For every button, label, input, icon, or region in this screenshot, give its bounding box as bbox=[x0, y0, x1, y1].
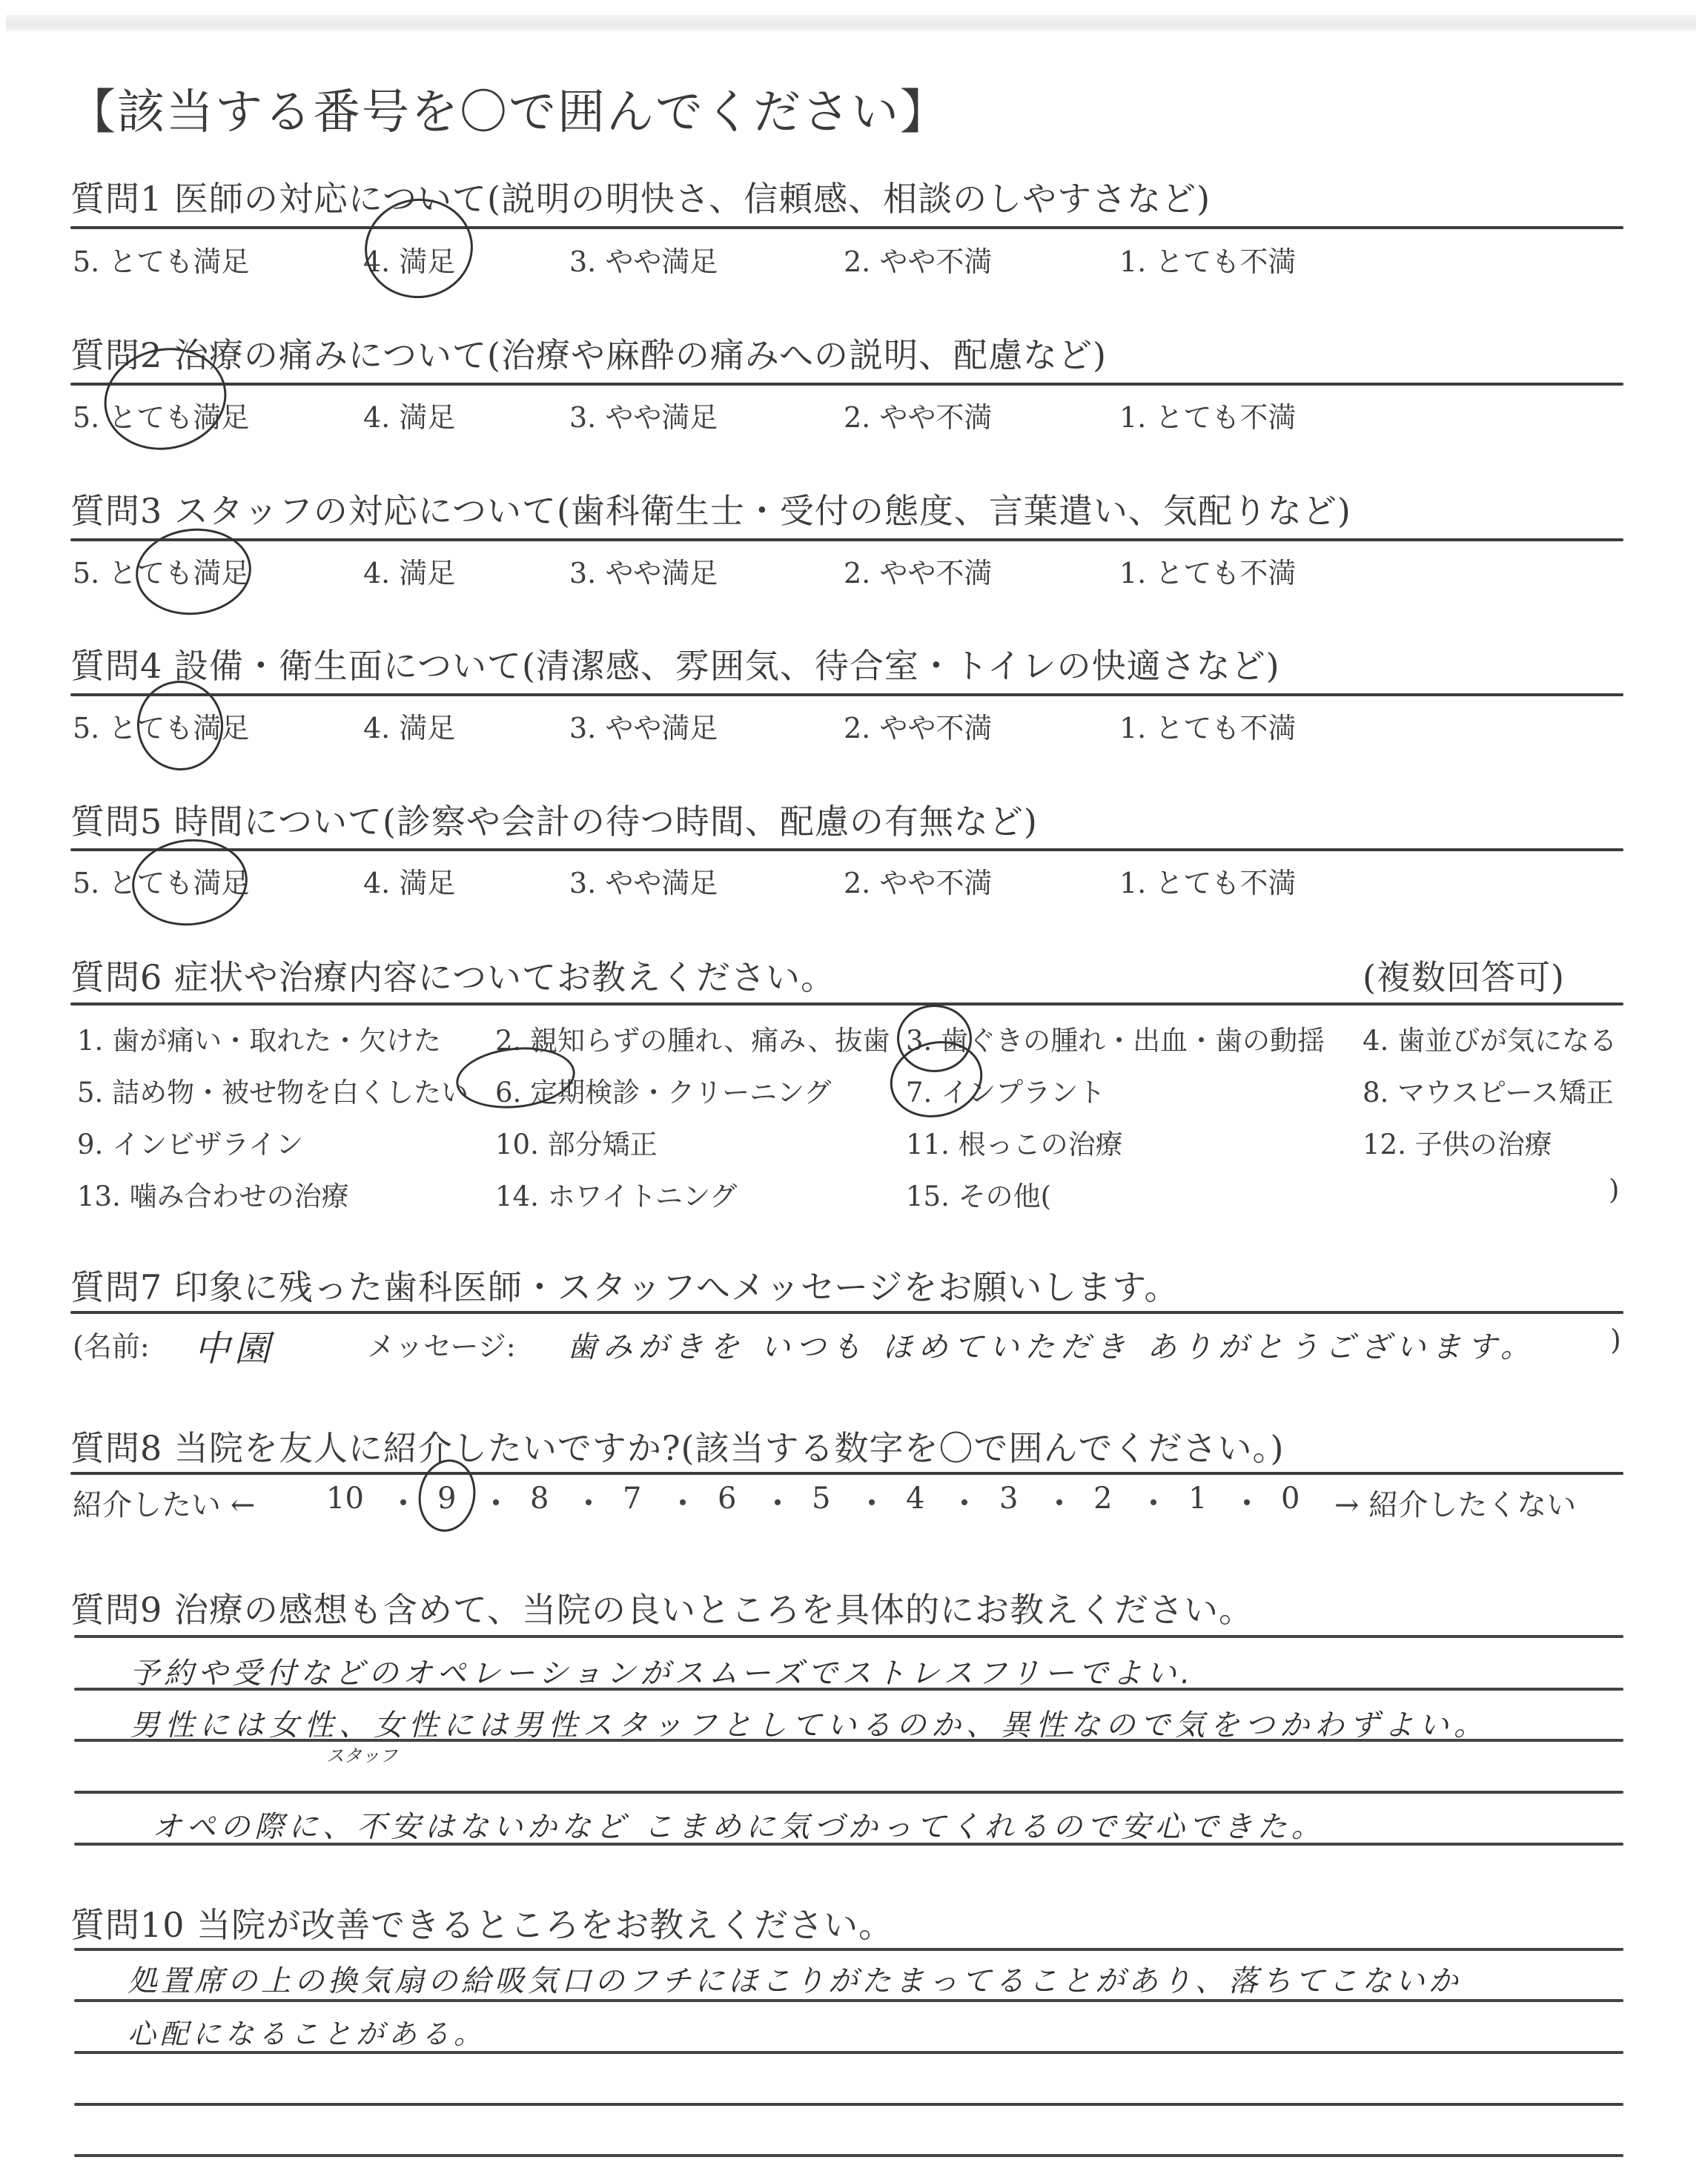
scale-7[interactable]: 7 bbox=[623, 1482, 641, 1516]
question-3-label: 質問3 スタッフの対応について(歯科衛生士・受付の態度、言葉遣い、気配りなど) bbox=[70, 484, 1351, 533]
separator-dot bbox=[400, 1499, 406, 1505]
option-item[interactable]: 8. マウスピース矯正 bbox=[1363, 1070, 1614, 1110]
option-2[interactable]: 2. やや不満 bbox=[844, 239, 992, 280]
separator-dot bbox=[1056, 1499, 1062, 1505]
separator-dot bbox=[586, 1499, 592, 1505]
scale-1[interactable]: 1 bbox=[1188, 1482, 1207, 1516]
option-3[interactable]: 3. やや満足 bbox=[569, 705, 718, 746]
answer-line bbox=[74, 1791, 1623, 1794]
option-item[interactable]: 7. インプラント bbox=[906, 1070, 1105, 1110]
option-1[interactable]: 1. とても不満 bbox=[1119, 860, 1296, 901]
separator-dot bbox=[1151, 1499, 1156, 1505]
divider bbox=[70, 848, 1623, 851]
option-item[interactable]: 2. 親知らずの腫れ、痛み、抜歯 bbox=[495, 1018, 890, 1058]
option-4[interactable]: 4. 満足 bbox=[363, 860, 455, 901]
option-4[interactable]: 4. 満足 bbox=[363, 550, 455, 591]
option-3[interactable]: 3. やや満足 bbox=[569, 550, 718, 591]
option-2[interactable]: 2. やや不満 bbox=[844, 394, 992, 435]
question-7-label: 質問7 印象に残った歯科医師・スタッフへメッセージをお願いします。 bbox=[70, 1261, 1179, 1309]
question-1-label: 質問1 医師の対応について(説明の明快さ、信頼感、相談のしやすさなど) bbox=[70, 172, 1211, 221]
option-2[interactable]: 2. やや不満 bbox=[844, 705, 992, 746]
option-1[interactable]: 1. とても不満 bbox=[1119, 239, 1296, 280]
close-paren: ) bbox=[1610, 1324, 1621, 1356]
option-4[interactable]: 4. 満足 bbox=[363, 394, 455, 435]
option-5[interactable]: 5. とても満足 bbox=[73, 705, 249, 746]
page-title: 【該当する番号を〇で囲んでください】 bbox=[68, 74, 949, 142]
scale-4[interactable]: 4 bbox=[906, 1482, 924, 1516]
option-1[interactable]: 1. とても不満 bbox=[1119, 394, 1296, 435]
scale-2[interactable]: 2 bbox=[1093, 1482, 1112, 1516]
divider bbox=[70, 538, 1623, 541]
answer-text-line-3[interactable]: オペの際に、不安はないかなど こまめに気づかってくれるので安心できた。 bbox=[152, 1803, 1325, 1846]
separator-dot bbox=[775, 1499, 781, 1505]
divider bbox=[70, 1003, 1623, 1005]
option-item[interactable]: 11. 根っこの治療 bbox=[906, 1122, 1123, 1162]
answer-line bbox=[74, 2051, 1623, 2054]
divider bbox=[70, 693, 1623, 696]
answer-line bbox=[74, 1688, 1623, 1691]
option-item[interactable]: 15. その他( bbox=[906, 1174, 1051, 1214]
option-2[interactable]: 2. やや不満 bbox=[844, 550, 992, 591]
option-3[interactable]: 3. やや満足 bbox=[569, 860, 718, 901]
option-4[interactable]: 4. 満足 bbox=[363, 239, 455, 280]
option-3[interactable]: 3. やや満足 bbox=[569, 394, 718, 435]
answer-text-line-2[interactable]: 男性には女性、女性には男性スタッフとしているのか、異性なので気をつかわずよい。 bbox=[130, 1702, 1489, 1744]
option-3[interactable]: 3. やや満足 bbox=[569, 239, 718, 280]
separator-dot bbox=[961, 1499, 967, 1505]
scale-8[interactable]: 8 bbox=[530, 1482, 549, 1516]
scale-3[interactable]: 3 bbox=[999, 1482, 1018, 1516]
option-item[interactable]: 9. インビザライン bbox=[77, 1122, 303, 1162]
option-item[interactable]: 13. 噛み合わせの治療 bbox=[77, 1174, 349, 1214]
scale-10[interactable]: 10 bbox=[326, 1482, 364, 1516]
question-4-label: 質問4 設備・衛生面について(清潔感、雰囲気、待合室・トイレの快適さなど) bbox=[70, 639, 1280, 688]
question-10-label: 質問10 当院が改善できるところをお教えください。 bbox=[70, 1898, 893, 1947]
answer-text-line-1[interactable]: 処置席の上の換気扇の給吸気口のフチにほこりがたまってることがあり、落ちてこないか bbox=[128, 1958, 1462, 2000]
not-recommend-label: → 紹介したくない bbox=[1334, 1482, 1576, 1524]
divider bbox=[70, 226, 1623, 229]
question-2-label: 質問2 治療の痛みについて(治療や麻酔の痛みへの説明、配慮など) bbox=[70, 328, 1107, 377]
answer-line bbox=[74, 2103, 1623, 2106]
answer-line bbox=[74, 2154, 1623, 2157]
option-5[interactable]: 5. とても満足 bbox=[73, 394, 249, 435]
option-item[interactable]: 14. ホワイトニング bbox=[495, 1174, 737, 1214]
scale-0[interactable]: 0 bbox=[1281, 1482, 1300, 1516]
multiple-answers-note: (複数回答可) bbox=[1363, 951, 1565, 1000]
option-item[interactable]: 4. 歯並びが気になる bbox=[1363, 1018, 1617, 1058]
separator-dot bbox=[680, 1499, 686, 1505]
message-field[interactable]: 歯みがきを いつも ほめていただき ありがとうございます。 bbox=[567, 1324, 1536, 1366]
question-9-label: 質問9 治療の感想も含めて、当院の良いところを具体的にお教えください。 bbox=[70, 1583, 1254, 1632]
option-item[interactable]: 10. 部分矯正 bbox=[495, 1122, 658, 1162]
option-5[interactable]: 5. とても満足 bbox=[73, 860, 249, 901]
answer-line bbox=[74, 1948, 1623, 1951]
annotation: スタッフ bbox=[326, 1741, 397, 1767]
option-item[interactable]: 3. 歯ぐきの腫れ・出血・歯の動揺 bbox=[906, 1018, 1325, 1058]
name-field[interactable]: 中園 bbox=[194, 1320, 274, 1371]
name-label: (名前: bbox=[73, 1324, 150, 1364]
separator-dot bbox=[493, 1499, 499, 1505]
scan-edge bbox=[6, 15, 1696, 31]
scale-9[interactable]: 9 bbox=[437, 1482, 456, 1516]
question-6-label: 質問6 症状や治療内容についてお教えください。 bbox=[70, 951, 835, 1000]
other-close-paren: ) bbox=[1609, 1174, 1619, 1206]
option-item[interactable]: 12. 子供の治療 bbox=[1363, 1122, 1552, 1162]
option-4[interactable]: 4. 満足 bbox=[363, 705, 455, 746]
recommend-label: 紹介したい ← bbox=[73, 1482, 255, 1524]
option-1[interactable]: 1. とても不満 bbox=[1119, 705, 1296, 746]
scale-6[interactable]: 6 bbox=[718, 1482, 736, 1516]
option-item[interactable]: 5. 詰め物・被せ物を白くしたい bbox=[77, 1070, 469, 1110]
option-5[interactable]: 5. とても満足 bbox=[73, 550, 249, 591]
divider bbox=[70, 1311, 1623, 1314]
answer-line bbox=[74, 1635, 1623, 1638]
separator-dot bbox=[869, 1499, 875, 1505]
question-8-label: 質問8 当院を友人に紹介したいですか?(該当する数字を〇で囲んでください。) bbox=[70, 1421, 1284, 1470]
answer-text-line-2[interactable]: 心配になることがある。 bbox=[128, 2011, 486, 2052]
answer-line bbox=[74, 1739, 1623, 1742]
divider bbox=[70, 1472, 1623, 1475]
option-item[interactable]: 6. 定期検診・クリーニング bbox=[495, 1070, 831, 1110]
answer-line bbox=[74, 1999, 1623, 2002]
divider bbox=[70, 383, 1623, 386]
answer-line bbox=[74, 1843, 1623, 1846]
answer-text-line-1[interactable]: 予約や受付などのオペレーションがスムーズでストレスフリーでよい. bbox=[130, 1650, 1194, 1692]
option-item[interactable]: 1. 歯が痛い・取れた・欠けた bbox=[77, 1018, 441, 1058]
option-5[interactable]: 5. とても満足 bbox=[73, 239, 249, 280]
message-label: メッセージ: bbox=[367, 1324, 516, 1364]
separator-dot bbox=[1244, 1499, 1250, 1505]
scale-5[interactable]: 5 bbox=[812, 1482, 830, 1516]
question-5-label: 質問5 時間について(診察や会計の待つ時間、配慮の有無など) bbox=[70, 795, 1038, 844]
option-1[interactable]: 1. とても不満 bbox=[1119, 550, 1296, 591]
option-2[interactable]: 2. やや不満 bbox=[844, 860, 992, 901]
